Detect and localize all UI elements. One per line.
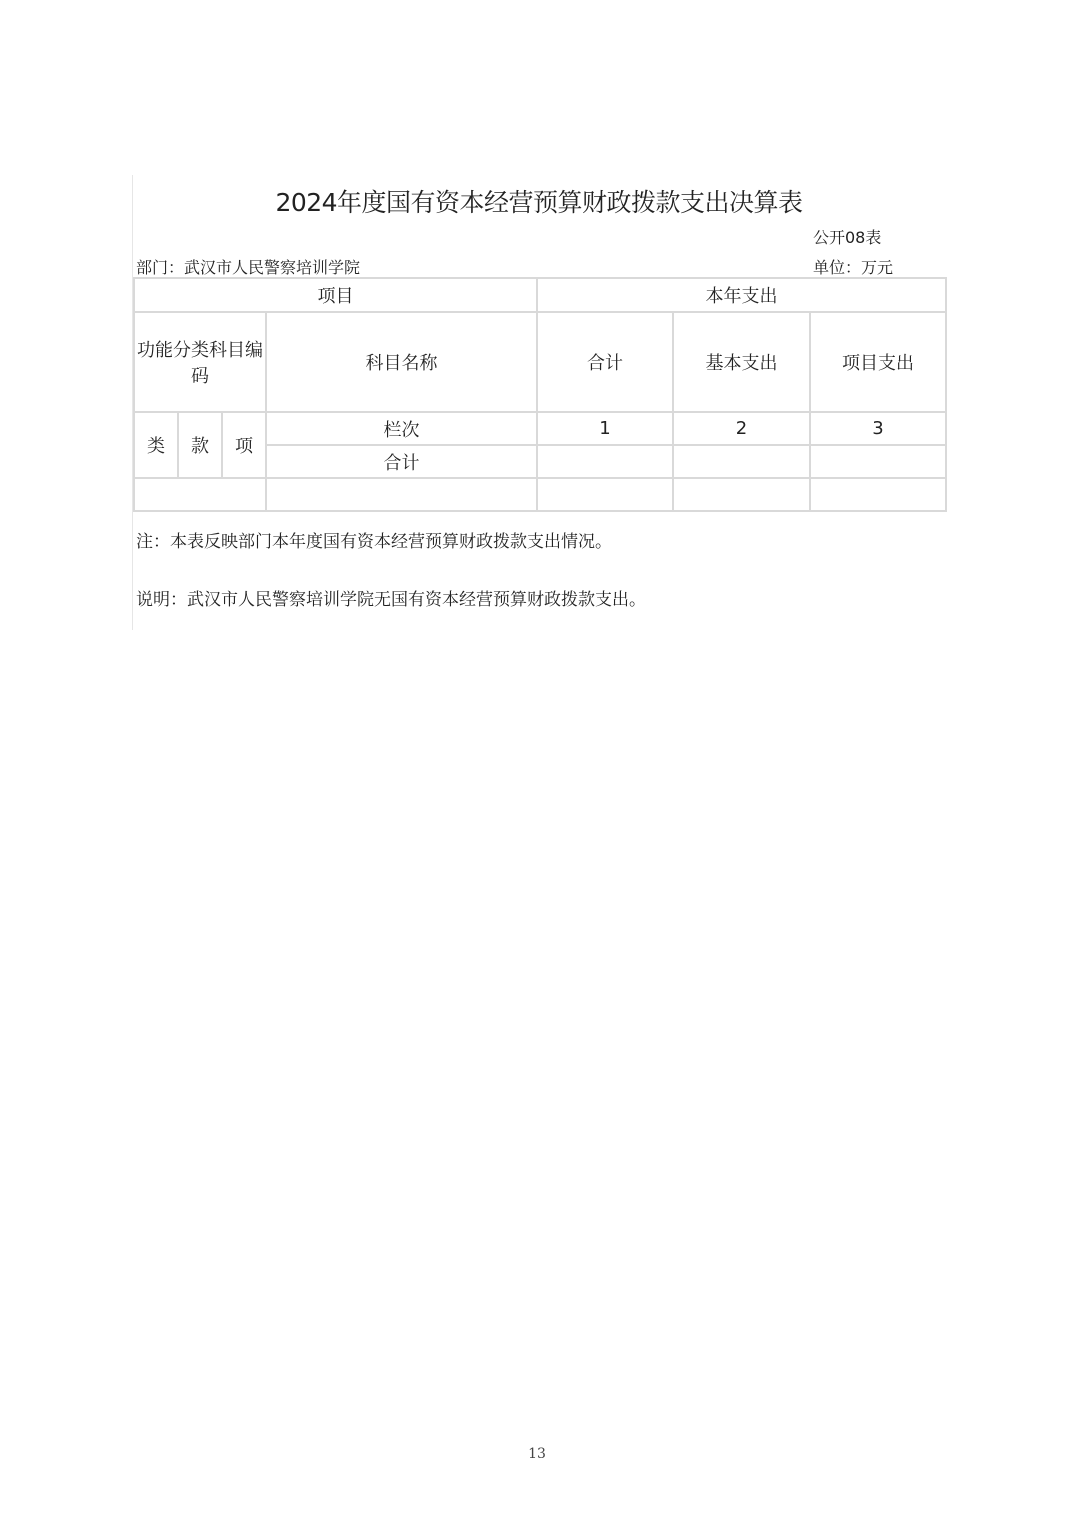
column-index-1: 1 — [537, 412, 673, 445]
table-note: 注：本表反映部门本年度国有资本经营预算财政拨款支出情况。 — [136, 527, 612, 552]
header-current-year-expenditure: 本年支出 — [537, 278, 946, 312]
header-total: 合计 — [537, 312, 673, 412]
report-title: 2024年度国有资本经营预算财政拨款支出决算表 — [133, 183, 945, 219]
header-project-expenditure: 项目支出 — [810, 312, 946, 412]
empty-row — [134, 478, 946, 511]
code-class: 类 — [134, 412, 178, 478]
empty-total-cell — [537, 478, 673, 511]
column-index-3: 3 — [810, 412, 946, 445]
header-subject-name: 科目名称 — [266, 312, 537, 412]
empty-basic-cell — [673, 478, 810, 511]
header-basic-expenditure: 基本支出 — [673, 312, 810, 412]
total-row-label: 合计 — [266, 445, 537, 478]
project-value — [810, 445, 946, 478]
total-value — [537, 445, 673, 478]
empty-name-cell — [266, 478, 537, 511]
department-label: 部门：武汉市人民警察培训学院 — [136, 255, 360, 278]
empty-project-cell — [810, 478, 946, 511]
table-explanation: 说明：武汉市人民警察培训学院无国有资本经营预算财政拨款支出。 — [136, 585, 646, 610]
report-sheet: 2024年度国有资本经营预算财政拨款支出决算表 公开08表 部门：武汉市人民警察… — [132, 175, 945, 630]
header-function-code: 功能分类科目编码 — [134, 312, 266, 412]
header-column-row: 功能分类科目编码 科目名称 合计 基本支出 项目支出 — [134, 312, 946, 412]
expenditure-table: 项目 本年支出 功能分类科目编码 科目名称 合计 基本支出 项目支出 类 款 项… — [133, 277, 947, 512]
page-number: 13 — [0, 1446, 1074, 1462]
column-index-row: 类 款 项 栏次 1 2 3 — [134, 412, 946, 445]
column-index-label: 栏次 — [266, 412, 537, 445]
code-section: 款 — [178, 412, 222, 478]
form-number: 公开08表 — [813, 225, 881, 248]
column-index-2: 2 — [673, 412, 810, 445]
header-project: 项目 — [134, 278, 537, 312]
code-item: 项 — [222, 412, 266, 478]
basic-value — [673, 445, 810, 478]
unit-label: 单位：万元 — [813, 255, 893, 278]
header-group-row: 项目 本年支出 — [134, 278, 946, 312]
empty-code-cell — [134, 478, 266, 511]
